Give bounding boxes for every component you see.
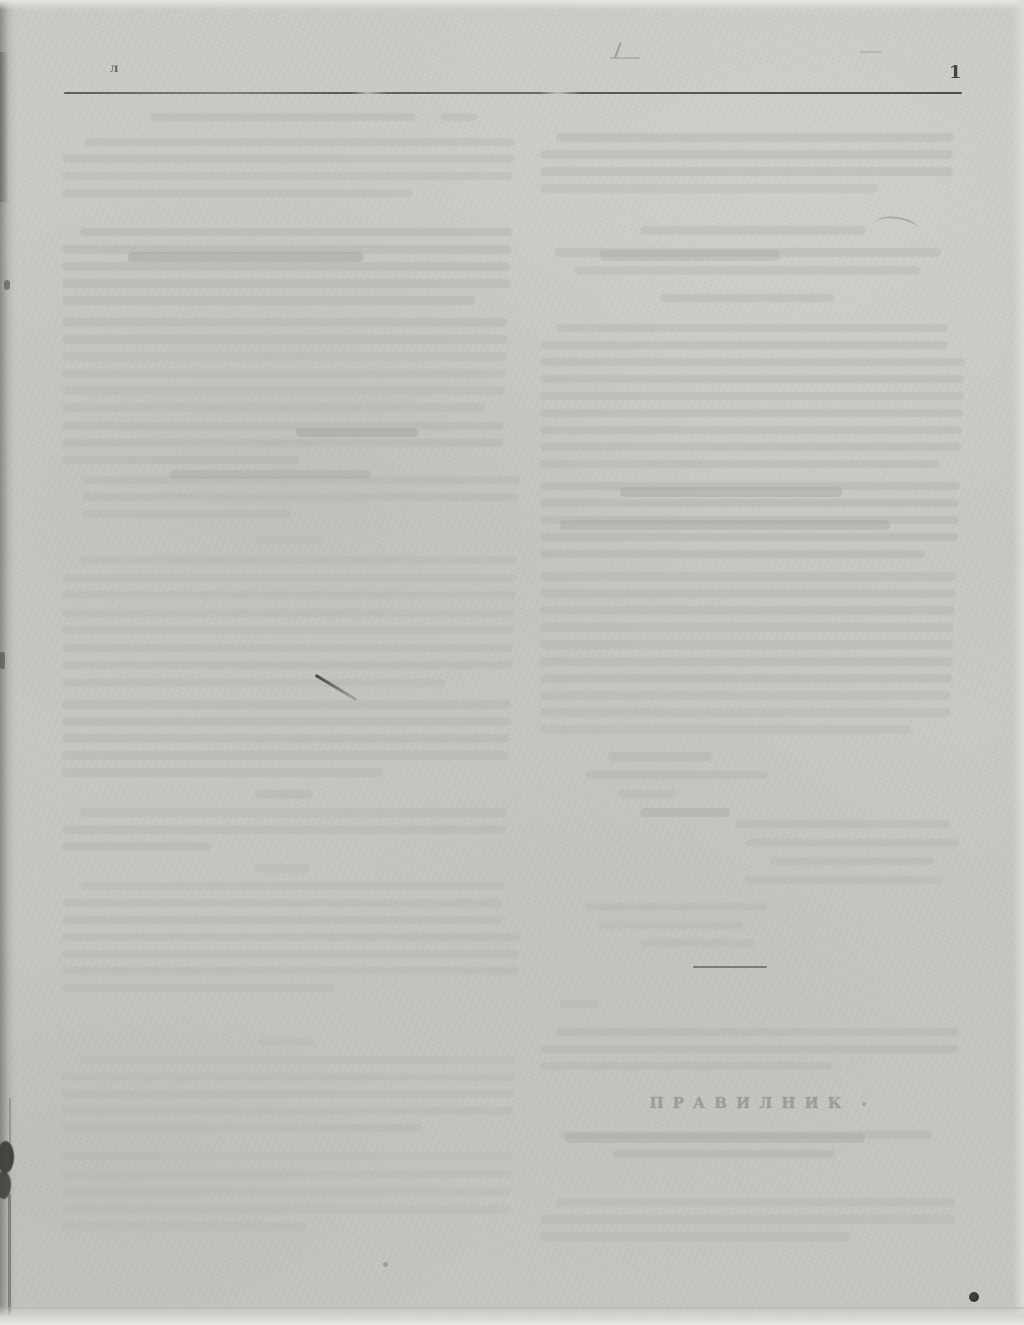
scan-edge-right xyxy=(1013,0,1024,1325)
faded-text-line xyxy=(62,1124,423,1132)
faded-text-line xyxy=(540,1062,832,1070)
faded-text-line xyxy=(556,324,948,332)
faded-text-line xyxy=(62,591,516,599)
faded-text-line xyxy=(540,674,952,683)
faded-text-line xyxy=(540,708,951,717)
faded-text-line xyxy=(640,226,866,235)
faded-text-line xyxy=(62,717,511,726)
faded-text-fragment xyxy=(560,520,890,530)
faded-text-line xyxy=(745,876,943,884)
faded-text-line xyxy=(62,369,506,378)
faded-text-line xyxy=(62,768,383,777)
faded-text-line xyxy=(62,825,506,834)
faded-text-line xyxy=(660,294,834,302)
faded-text-line xyxy=(618,790,676,798)
faded-text-line xyxy=(640,939,756,947)
scanned-gazette-page: л 1 ПРАВИЛНИК xyxy=(0,0,1024,1325)
faded-text-line xyxy=(540,392,964,400)
slash-artifact xyxy=(614,42,621,58)
faded-text-line xyxy=(62,1170,512,1178)
faded-text-line xyxy=(62,456,300,464)
header-rule xyxy=(64,92,962,94)
faded-text-line xyxy=(62,189,413,197)
faded-text-line xyxy=(598,921,744,929)
faded-text-line xyxy=(62,661,513,669)
faded-text-line xyxy=(62,279,510,288)
faded-mark xyxy=(860,51,882,53)
faded-text-line xyxy=(62,172,513,180)
faded-text-line xyxy=(62,984,335,992)
faded-text-line xyxy=(62,626,514,634)
faded-text-line xyxy=(540,725,911,734)
faded-text-line xyxy=(62,335,508,344)
faded-text-fragment xyxy=(296,428,418,437)
faded-text-line xyxy=(80,228,512,236)
faded-text-line xyxy=(62,155,514,163)
faded-text-line xyxy=(540,460,940,468)
faded-text-line xyxy=(62,574,516,582)
faded-text-line xyxy=(556,1198,956,1207)
faded-text-line xyxy=(62,262,510,271)
faded-text-line xyxy=(540,184,878,193)
faded-text-line xyxy=(585,903,767,911)
faded-text-line xyxy=(62,679,445,687)
faded-text-line xyxy=(80,556,517,564)
faded-text-line xyxy=(735,820,950,828)
faded-text-line xyxy=(62,950,519,958)
faded-text-line xyxy=(62,899,503,907)
faded-text-line xyxy=(540,375,964,383)
faded-text-line xyxy=(540,657,953,666)
faded-text-line xyxy=(540,606,955,615)
faded-text-line xyxy=(540,589,956,598)
faded-text-fragment xyxy=(128,252,363,262)
faded-text-line xyxy=(62,842,211,851)
faded-text-fragment xyxy=(565,1133,865,1143)
faded-text-line xyxy=(62,1090,515,1098)
faded-text-line xyxy=(62,967,518,975)
faded-text-fragment xyxy=(640,808,730,817)
scan-edge-top xyxy=(0,0,1024,10)
faded-text-line xyxy=(540,341,948,349)
header-corner-mark: л xyxy=(110,61,118,75)
faded-text-line xyxy=(84,138,515,146)
pravilnik-heading: ПРАВИЛНИК xyxy=(600,1094,900,1112)
faded-text-line xyxy=(80,808,507,817)
faded-text-line xyxy=(62,1107,514,1115)
faded-text-line xyxy=(62,751,509,760)
faded-text-line xyxy=(540,533,958,541)
faded-text-line xyxy=(540,1215,955,1224)
faded-text-fragment xyxy=(600,250,780,261)
faded-text-line xyxy=(540,550,925,558)
faded-text-line xyxy=(540,1045,959,1053)
faded-text-line xyxy=(62,1222,306,1231)
faded-text-line xyxy=(62,1205,511,1214)
faded-text-line xyxy=(62,933,520,941)
faded-text-line xyxy=(80,1056,516,1064)
faded-text-line xyxy=(540,640,953,649)
faded-text-line xyxy=(540,499,959,507)
faded-text-line xyxy=(62,403,485,412)
faded-text-line xyxy=(540,409,963,417)
curve-artifact xyxy=(875,214,919,237)
faded-text-line xyxy=(82,510,291,518)
faded-text-line xyxy=(255,790,313,799)
faded-text-line xyxy=(556,133,954,142)
faded-text-line xyxy=(62,318,508,327)
scan-edge-left-dark xyxy=(0,52,9,202)
faded-text-line xyxy=(608,752,712,761)
faded-text-line xyxy=(540,572,956,581)
faded-text-line xyxy=(62,422,504,430)
faded-text-line xyxy=(556,1028,959,1036)
faded-text-line xyxy=(540,358,965,366)
faded-text-line xyxy=(150,113,416,121)
faded-text-line xyxy=(560,1000,600,1008)
scan-edge-bottom xyxy=(0,1305,1024,1325)
faded-text-line xyxy=(540,691,951,700)
faded-text-line xyxy=(540,1232,850,1241)
faded-text-line xyxy=(62,1152,513,1160)
paper-speck xyxy=(862,1102,866,1106)
faded-text-line xyxy=(62,1187,511,1196)
faded-text-line xyxy=(440,113,477,121)
faded-text-line xyxy=(540,443,961,451)
faded-text-line xyxy=(62,296,475,305)
faded-text-line xyxy=(745,839,959,847)
faded-text-line xyxy=(540,150,953,159)
faded-text-line xyxy=(585,771,768,779)
faded-text-fragment xyxy=(620,487,842,497)
faded-text-line xyxy=(255,536,323,544)
faded-text-line xyxy=(62,352,507,361)
faded-text-line xyxy=(62,609,515,617)
scratch-artifact xyxy=(315,674,358,701)
faded-mark xyxy=(610,57,640,59)
faded-text-line xyxy=(62,700,511,709)
faded-text-line xyxy=(62,439,503,447)
faded-text-line xyxy=(540,426,962,434)
faded-text-line xyxy=(255,864,310,873)
faded-text-line xyxy=(612,1150,835,1158)
faded-text-line xyxy=(80,882,504,890)
faded-text-line xyxy=(540,167,953,176)
page-number: 1 xyxy=(949,62,962,83)
faded-text-line xyxy=(62,1073,516,1081)
paper-speck xyxy=(383,1262,388,1267)
faded-text-line xyxy=(62,386,505,395)
faded-text-line xyxy=(575,266,920,275)
faded-text-line xyxy=(540,623,954,632)
faded-text-line xyxy=(770,857,934,865)
faded-text-line xyxy=(62,916,503,924)
ink-dot-artifact xyxy=(969,1292,979,1302)
faded-text-line xyxy=(82,493,519,501)
faded-text-line xyxy=(62,734,510,743)
faded-text-line xyxy=(62,644,513,652)
section-divider xyxy=(693,966,767,968)
faded-text-line xyxy=(258,1038,315,1046)
faded-text-fragment xyxy=(170,470,370,479)
